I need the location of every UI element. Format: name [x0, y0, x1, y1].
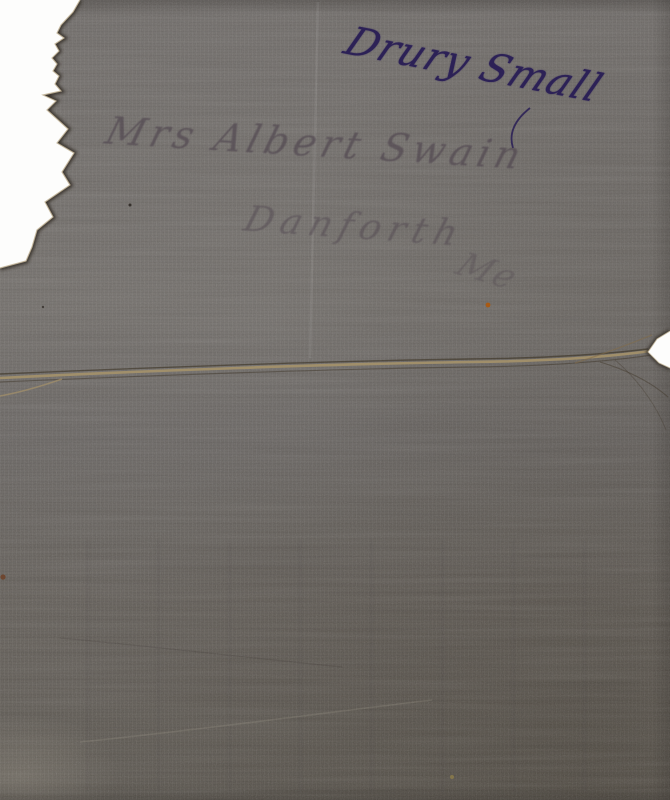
dark-speck: [129, 204, 132, 207]
rust-speck-left-edge: [0, 574, 5, 579]
scanned-document: Drury Small Mrs Albert Swain Danforth Me: [0, 0, 670, 800]
paper-texture-and-damage-overlay: [0, 0, 670, 800]
orange-stain-speck: [486, 303, 491, 308]
yellow-fleck-bottom: [450, 775, 454, 779]
vertical-streak-texture: [0, 0, 670, 800]
dark-speck-2: [42, 306, 44, 308]
